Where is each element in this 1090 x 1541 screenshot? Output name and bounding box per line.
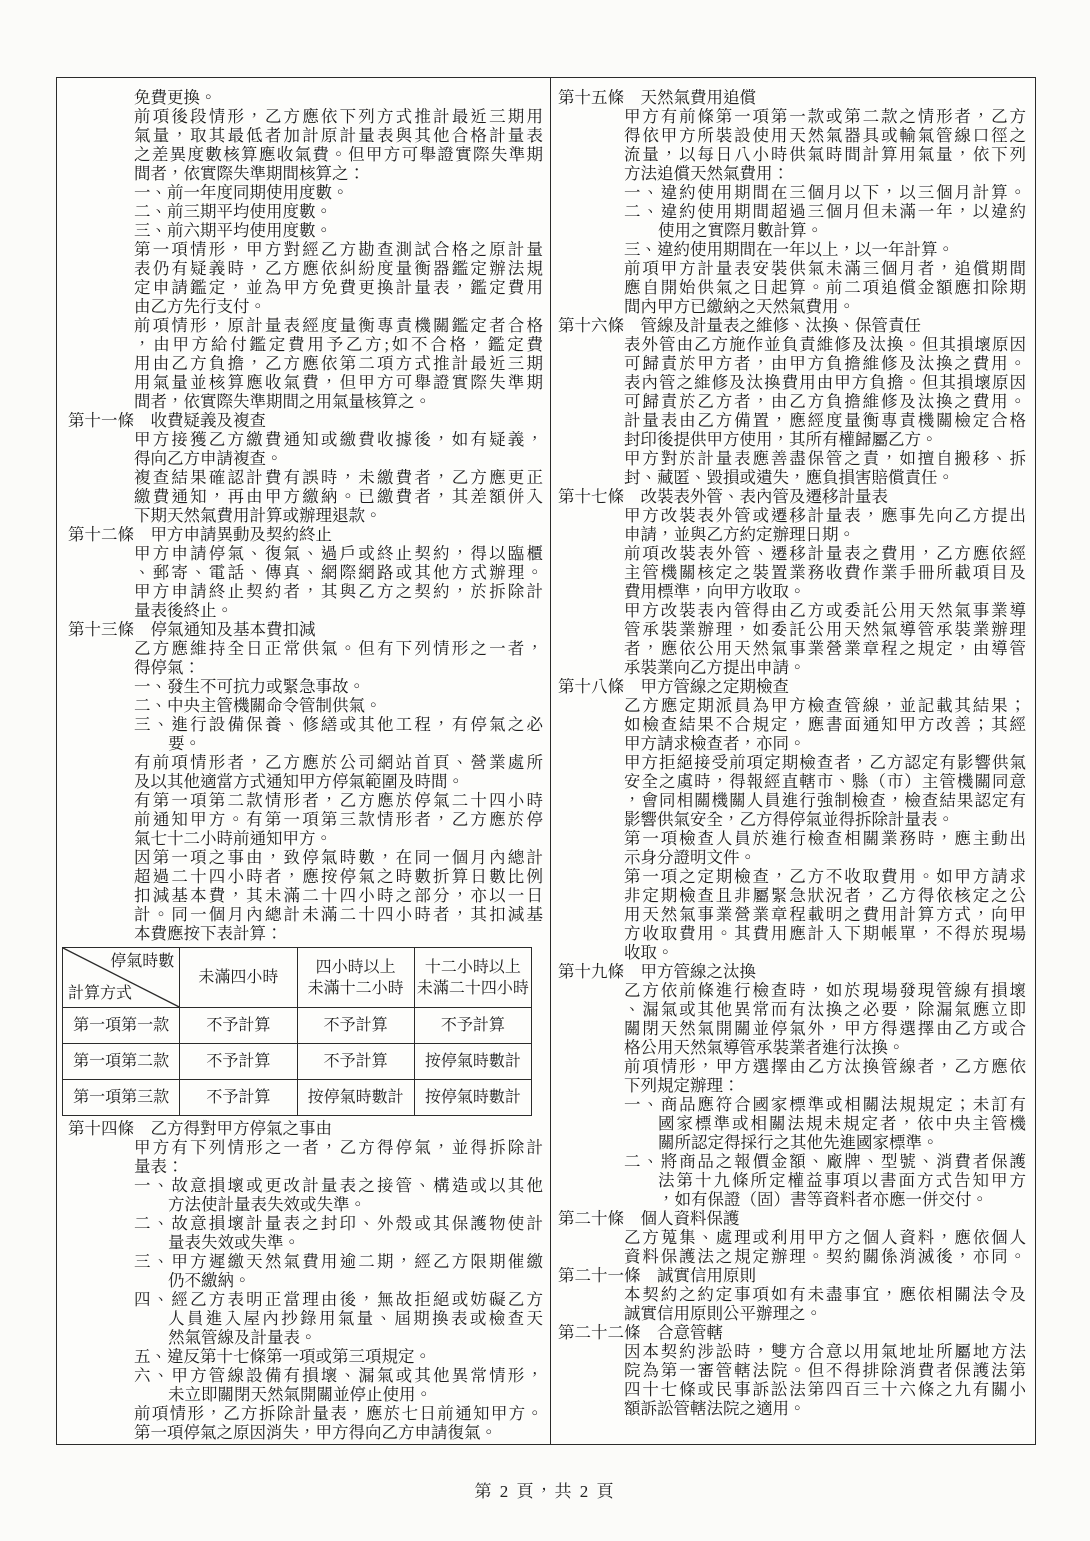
text-line: 有前項情形者，乙方應於公司網站首頁、營業處所	[68, 753, 543, 772]
text-line: 得停氣：	[68, 658, 543, 677]
text-line: 第一項停氣之原因消失，甲方得向乙方申請復氣。	[68, 1423, 543, 1442]
text-line: 本契約之約定事項如有未盡事宜，應依相關法令及	[558, 1285, 1026, 1304]
text-line: 甲方改裝表外管或遷移計量表，應事先向乙方提出	[558, 506, 1026, 525]
text-line: 要。	[68, 734, 543, 753]
text-line: 三、違約使用期間在一年以上，以一年計算。	[558, 240, 1026, 259]
text-line: 乙方應定期派員為甲方檢查管線，並記載其結果；	[558, 696, 1026, 715]
text-line: 乙方蒐集、處理或利用甲方之個人資料，應依個人	[558, 1228, 1026, 1247]
article-heading: 第十九條 甲方管線之汰換	[558, 962, 1026, 981]
text-line: 用由乙方負擔，乙方應依第二項方式推計最近三期	[68, 354, 543, 373]
text-line: 第一項之定期檢查，乙方不收取費用。如甲方請求	[558, 867, 1026, 886]
text-line: 間內甲方已繳納之天然氣費用。	[558, 297, 1026, 316]
text-line: 氣七十二小時前通知甲方。	[68, 829, 543, 848]
text-line: 、郵寄、電話、傳真、網際網路或其他方式辦理。	[68, 563, 543, 582]
table-row: 第一項第三款不予計算按停氣時數計按停氣時數計	[63, 1080, 532, 1116]
text-line: 用氣量並核算應收氣費，但甲方可舉證實際失準期	[68, 373, 543, 392]
table-cell: 不予計算	[297, 1008, 414, 1044]
text-line: 誠實信用原則公平辦理之。	[558, 1304, 1026, 1323]
text-line: 者，應依公用天然氣事業營業章程之規定，由導管	[558, 639, 1026, 658]
text-line: 量表失效或失準。	[68, 1233, 543, 1252]
article-heading: 第十七條 改裝表外管、表內管及遷移計量表	[558, 487, 1026, 506]
text-line: 應自開始供氣之日起算。前二項追償金額應扣除期	[558, 278, 1026, 297]
table-row: 第一項第二款不予計算不予計算按停氣時數計	[63, 1044, 532, 1080]
basic-fee-deduction-table: 停氣時數計算方式未滿四小時四小時以上未滿十二小時十二小時以上未滿二十四小時第一項…	[62, 947, 532, 1116]
corner-label-method: 計算方式	[68, 983, 132, 1004]
text-line: 得依甲方所裝設使用天然氣器具或輸氣管線口徑之	[558, 126, 1026, 145]
text-line: 計。同一個月內總計未滿二十四小時者，其扣減基	[68, 905, 543, 924]
text-line: 甲方改裝表內管得由乙方或委託公用天然氣事業導	[558, 601, 1026, 620]
text-line: 關閉天然氣開關並停氣外，甲方得選擇由乙方或合	[558, 1019, 1026, 1038]
article-heading: 第十五條 天然氣費用追償	[558, 88, 1026, 107]
text-line: 使用之實際月數計算。	[558, 221, 1026, 240]
text-line: 繳費通知，再由甲方繳納。已繳費者，其差額併入	[68, 487, 543, 506]
text-line: 前項後段情形，乙方應依下列方式推計最近三期用	[68, 107, 543, 126]
article-heading: 第十一條 收費疑義及複查	[68, 411, 543, 430]
text-line: 一、故意損壞或更改計量表之接管、構造或以其他	[68, 1176, 543, 1195]
text-line: 一、前一年度同期使用度數。	[68, 183, 543, 202]
text-line: 封、藏匿、毀損或遺失，應負損害賠償責任。	[558, 468, 1026, 487]
table-corner-cell: 停氣時數計算方式	[63, 948, 180, 1008]
text-line: 免費更換。	[68, 88, 543, 107]
text-line: 及以其他適當方式通知甲方停氣範圍及時間。	[68, 772, 543, 791]
article-heading: 第十八條 甲方管線之定期檢查	[558, 677, 1026, 696]
article-heading: 第十二條 甲方申請異動及契約終止	[68, 525, 543, 544]
text-line: 可歸責於甲方者，由甲方負擔維修及汰換之費用。	[558, 354, 1026, 373]
left-column: 免費更換。前項後段情形，乙方應依下列方式推計最近三期用氣量，取其最低者加計原計量…	[57, 78, 551, 1444]
text-line: 方法追償天然氣費用：	[558, 164, 1026, 183]
text-line: 方法使計量表失效或失準。	[68, 1195, 543, 1214]
text-line: 四、經乙方表明正當理由後，無故拒絕或妨礙乙方	[68, 1290, 543, 1309]
text-line: 定申請鑑定，並為甲方免費更換計量表，鑑定費用	[68, 278, 543, 297]
text-line: 管承裝業辦理，如委託公用天然氣導管承裝業辦理	[558, 620, 1026, 639]
table-cell: 不予計算	[297, 1044, 414, 1080]
text-line: 第一項檢查人員於進行檢查相關業務時，應主動出	[558, 829, 1026, 848]
text-line: 二、故意損壞計量表之封印、外殼或其保護物使計	[68, 1214, 543, 1233]
text-line: 前通知甲方。有第一項第三款情形者，乙方應於停	[68, 810, 543, 829]
table-row-label: 第一項第一款	[63, 1008, 180, 1044]
text-line: ，會同相關機關人員進行強制檢查，檢查結果認定有	[558, 791, 1026, 810]
text-line: 關所認定得採行之其他先進國家標準。	[558, 1133, 1026, 1152]
text-line: 複查結果確認計費有誤時，未繳費者，乙方應更正	[68, 468, 543, 487]
text-line: 承裝業向乙方提出申請。	[558, 658, 1026, 677]
text-line: 前項情形，原計量表經度量衡專責機關鑑定者合格	[68, 316, 543, 335]
text-line: 第一項情形，甲方對經乙方勘查測試合格之原計量	[68, 240, 543, 259]
text-line: ，由甲方給付鑑定費用予乙方;如不合格，鑑定費	[68, 335, 543, 354]
table-row-label: 第一項第二款	[63, 1044, 180, 1080]
text-line: ，如有保證（固）書等資料者亦應一併交付。	[558, 1190, 1026, 1209]
table-cell: 不予計算	[180, 1044, 297, 1080]
text-line: 之差異度數核算應收氣費。但甲方可舉證實際失準期	[68, 145, 543, 164]
text-line: 收取。	[558, 943, 1026, 962]
text-line: 前項甲方計量表安裝供氣未滿三個月者，追償期間	[558, 259, 1026, 278]
text-line: 二、中央主管機關命令管制供氣。	[68, 696, 543, 715]
table-cell: 按停氣時數計	[414, 1044, 531, 1080]
text-line: 甲方申請停氣、復氣、過戶或終止契約，得以臨櫃	[68, 544, 543, 563]
table-cell: 不予計算	[414, 1008, 531, 1044]
table-header-cell: 四小時以上未滿十二小時	[297, 948, 414, 1008]
page-footer: 第 2 頁，共 2 頁	[0, 1477, 1090, 1502]
text-line: 間者，依實際失準期間核算之：	[68, 164, 543, 183]
table-cell: 按停氣時數計	[297, 1080, 414, 1116]
text-line: 費用標準，向甲方收取。	[558, 582, 1026, 601]
text-line: 表外管由乙方施作並負責維修及汰換。但其損壞原因	[558, 335, 1026, 354]
text-line: 申請，並與乙方約定辦理日期。	[558, 525, 1026, 544]
text-line: 封印後提供甲方使用，其所有權歸屬乙方。	[558, 430, 1026, 449]
text-line: 影響供氣安全，乙方得停氣並得拆除計量表。	[558, 810, 1026, 829]
text-line: 一、違約使用期間在三個月以下，以三個月計算。	[558, 183, 1026, 202]
contract-sheet-border: 免費更換。前項後段情形，乙方應依下列方式推計最近三期用氣量，取其最低者加計原計量…	[56, 77, 1036, 1445]
text-line: 扣減基本費，其未滿二十四小時之部分，亦以一日	[68, 886, 543, 905]
text-line: 量表：	[68, 1157, 543, 1176]
text-line: 國家標準或相關法規未規定者，依中央主管機	[558, 1114, 1026, 1133]
text-line: 二、前三期平均使用度數。	[68, 202, 543, 221]
text-line: 一、商品應符合國家標準或相關法規規定；未訂有	[558, 1095, 1026, 1114]
article-heading: 第十四條 乙方得對甲方停氣之事由	[68, 1119, 543, 1138]
table-cell: 不予計算	[180, 1080, 297, 1116]
text-line: 五、違反第十七條第一項或第三項規定。	[68, 1347, 543, 1366]
text-line: 甲方拒絕接受前項定期檢查者，乙方認定有影響供氣	[558, 753, 1026, 772]
text-line: 主管機關核定之裝置業務收費作業手冊所載項目及	[558, 563, 1026, 582]
text-line: 下列規定辦理：	[558, 1076, 1026, 1095]
text-line: 下期天然氣費用計算或辦理退款。	[68, 506, 543, 525]
text-line: 表仍有疑義時，乙方應依糾紛度量衡器鑑定辦法規	[68, 259, 543, 278]
text-line: 未立即關閉天然氣開關並停止使用。	[68, 1385, 543, 1404]
table-cell: 按停氣時數計	[414, 1080, 531, 1116]
text-line: 因第一項之事由，致停氣時數，在同一個月內總計	[68, 848, 543, 867]
text-line: 間者，依實際失準期間之用氣量核算之。	[68, 392, 543, 411]
text-line: 甲方申請終止契約者，其與乙方之契約，於拆除計	[68, 582, 543, 601]
text-line: 乙方依前條進行檢查時，如於現場發現管線有損壞	[558, 981, 1026, 1000]
text-line: 甲方有下列情形之一者，乙方得停氣，並得拆除計	[68, 1138, 543, 1157]
text-line: 一、發生不可抗力或緊急事故。	[68, 677, 543, 696]
text-line: 本費應按下表計算：	[68, 924, 543, 943]
text-line: 二、違約使用期間超過三個月但未滿一年，以違約	[558, 202, 1026, 221]
text-line: 資料保護法之規定辦理。契約關係消滅後，亦同。	[558, 1247, 1026, 1266]
text-line: 、漏氣或其他異常而有汰換之必要，除漏氣應立即	[558, 1000, 1026, 1019]
corner-label-hours: 停氣時數	[110, 951, 174, 972]
text-line: 由乙方先行支付。	[68, 297, 543, 316]
table-row: 第一項第一款不予計算不予計算不予計算	[63, 1008, 532, 1044]
text-line: 有第一項第二款情形者，乙方應於停氣二十四小時	[68, 791, 543, 810]
table-header-cell: 十二小時以上未滿二十四小時	[414, 948, 531, 1008]
text-line: 甲方有前條第一項第一款或第二款之情形者，乙方	[558, 107, 1026, 126]
text-line: 因本契約涉訟時，雙方合意以用氣地址所屬地方法	[558, 1342, 1026, 1361]
text-line: 人員進入屋內抄錄用氣量、屆期換表或檢查天	[68, 1309, 543, 1328]
text-line: 四十七條或民事訴訟法第四百三十六條之九有關小	[558, 1380, 1026, 1399]
text-line: 甲方請求檢查者，亦同。	[558, 734, 1026, 753]
text-line: 三、甲方遲繳天然氣費用逾二期，經乙方限期催繳	[68, 1252, 543, 1271]
article-heading: 第二十條 個人資料保護	[558, 1209, 1026, 1228]
text-line: 額訴訟管轄法院之適用。	[558, 1399, 1026, 1418]
text-line: 三、進行設備保養、修繕或其他工程，有停氣之必	[68, 715, 543, 734]
text-line: 法第十九條所定權益事項以書面方式告知甲方	[558, 1171, 1026, 1190]
text-line: 仍不繳納。	[68, 1271, 543, 1290]
text-line: 用天然氣事業營業章程載明之費用計算方式，向甲	[558, 905, 1026, 924]
text-line: 如檢查結果不合規定，應書面通知甲方改善；其經	[558, 715, 1026, 734]
article-heading: 第十六條 管線及計量表之維修、汰換、保管責任	[558, 316, 1026, 335]
text-line: 六、甲方管線設備有損壞、漏氣或其他異常情形，	[68, 1366, 543, 1385]
text-line: 前項改裝表外管、遷移計量表之費用，乙方應依經	[558, 544, 1026, 563]
text-line: 流量，以每日八小時供氣時間計算用氣量，依下列	[558, 145, 1026, 164]
article-heading: 第二十一條 誠實信用原則	[558, 1266, 1026, 1285]
text-line: 格公用天然氣導管承裝業者進行汰換。	[558, 1038, 1026, 1057]
text-line: 示身分證明文件。	[558, 848, 1026, 867]
text-line: 二、將商品之報價金額、廠牌、型號、消費者保護	[558, 1152, 1026, 1171]
text-line: 可歸責於乙方者，由乙方負擔維修及汰換之費用。	[558, 392, 1026, 411]
text-line: 甲方接獲乙方繳費通知或繳費收據後，如有疑義，	[68, 430, 543, 449]
text-line: 前項情形，甲方選擇由乙方汰換管線者，乙方應依	[558, 1057, 1026, 1076]
text-line: 三、前六期平均使用度數。	[68, 221, 543, 240]
text-line: 量表後終止。	[68, 601, 543, 620]
text-line: 氣量，取其最低者加計原計量表與其他合格計量表	[68, 126, 543, 145]
table-cell: 不予計算	[180, 1008, 297, 1044]
text-line: 非定期檢查且非屬緊急狀況者，乙方得依核定之公	[558, 886, 1026, 905]
table-header-cell: 未滿四小時	[180, 948, 297, 1008]
text-line: 計量表由乙方備置，應經度量衡專責機關檢定合格	[558, 411, 1026, 430]
text-line: 安全之虞時，得報經直轄市、縣（市）主管機關同意	[558, 772, 1026, 791]
text-line: 表內管之維修及汰換費用由甲方負擔。但其損壞原因	[558, 373, 1026, 392]
right-column: 第十五條 天然氣費用追償甲方有前條第一項第一款或第二款之情形者，乙方得依甲方所裝…	[551, 78, 1035, 1444]
text-line: 院為第一審管轄法院。但不得排除消費者保護法第	[558, 1361, 1026, 1380]
article-heading: 第十三條 停氣通知及基本費扣減	[68, 620, 543, 639]
text-line: 得向乙方申請複查。	[68, 449, 543, 468]
text-line: 前項情形，乙方拆除計量表，應於七日前通知甲方。	[68, 1404, 543, 1423]
text-line: 超過二十四小時者，應按停氣之時數折算日數比例	[68, 867, 543, 886]
table-row-label: 第一項第三款	[63, 1080, 180, 1116]
scanned-contract-page: { "document": { "footer": "第 2 頁，共 2 頁",…	[0, 0, 1090, 1541]
text-line: 甲方對於計量表應善盡保管之責，如擅自搬移、拆	[558, 449, 1026, 468]
text-line: 然氣管線及計量表。	[68, 1328, 543, 1347]
text-line: 乙方應維持全日正常供氣。但有下列情形之一者，	[68, 639, 543, 658]
text-line: 方收取費用。其費用應計入下期帳單，不得於現場	[558, 924, 1026, 943]
article-heading: 第二十二條 合意管轄	[558, 1323, 1026, 1342]
